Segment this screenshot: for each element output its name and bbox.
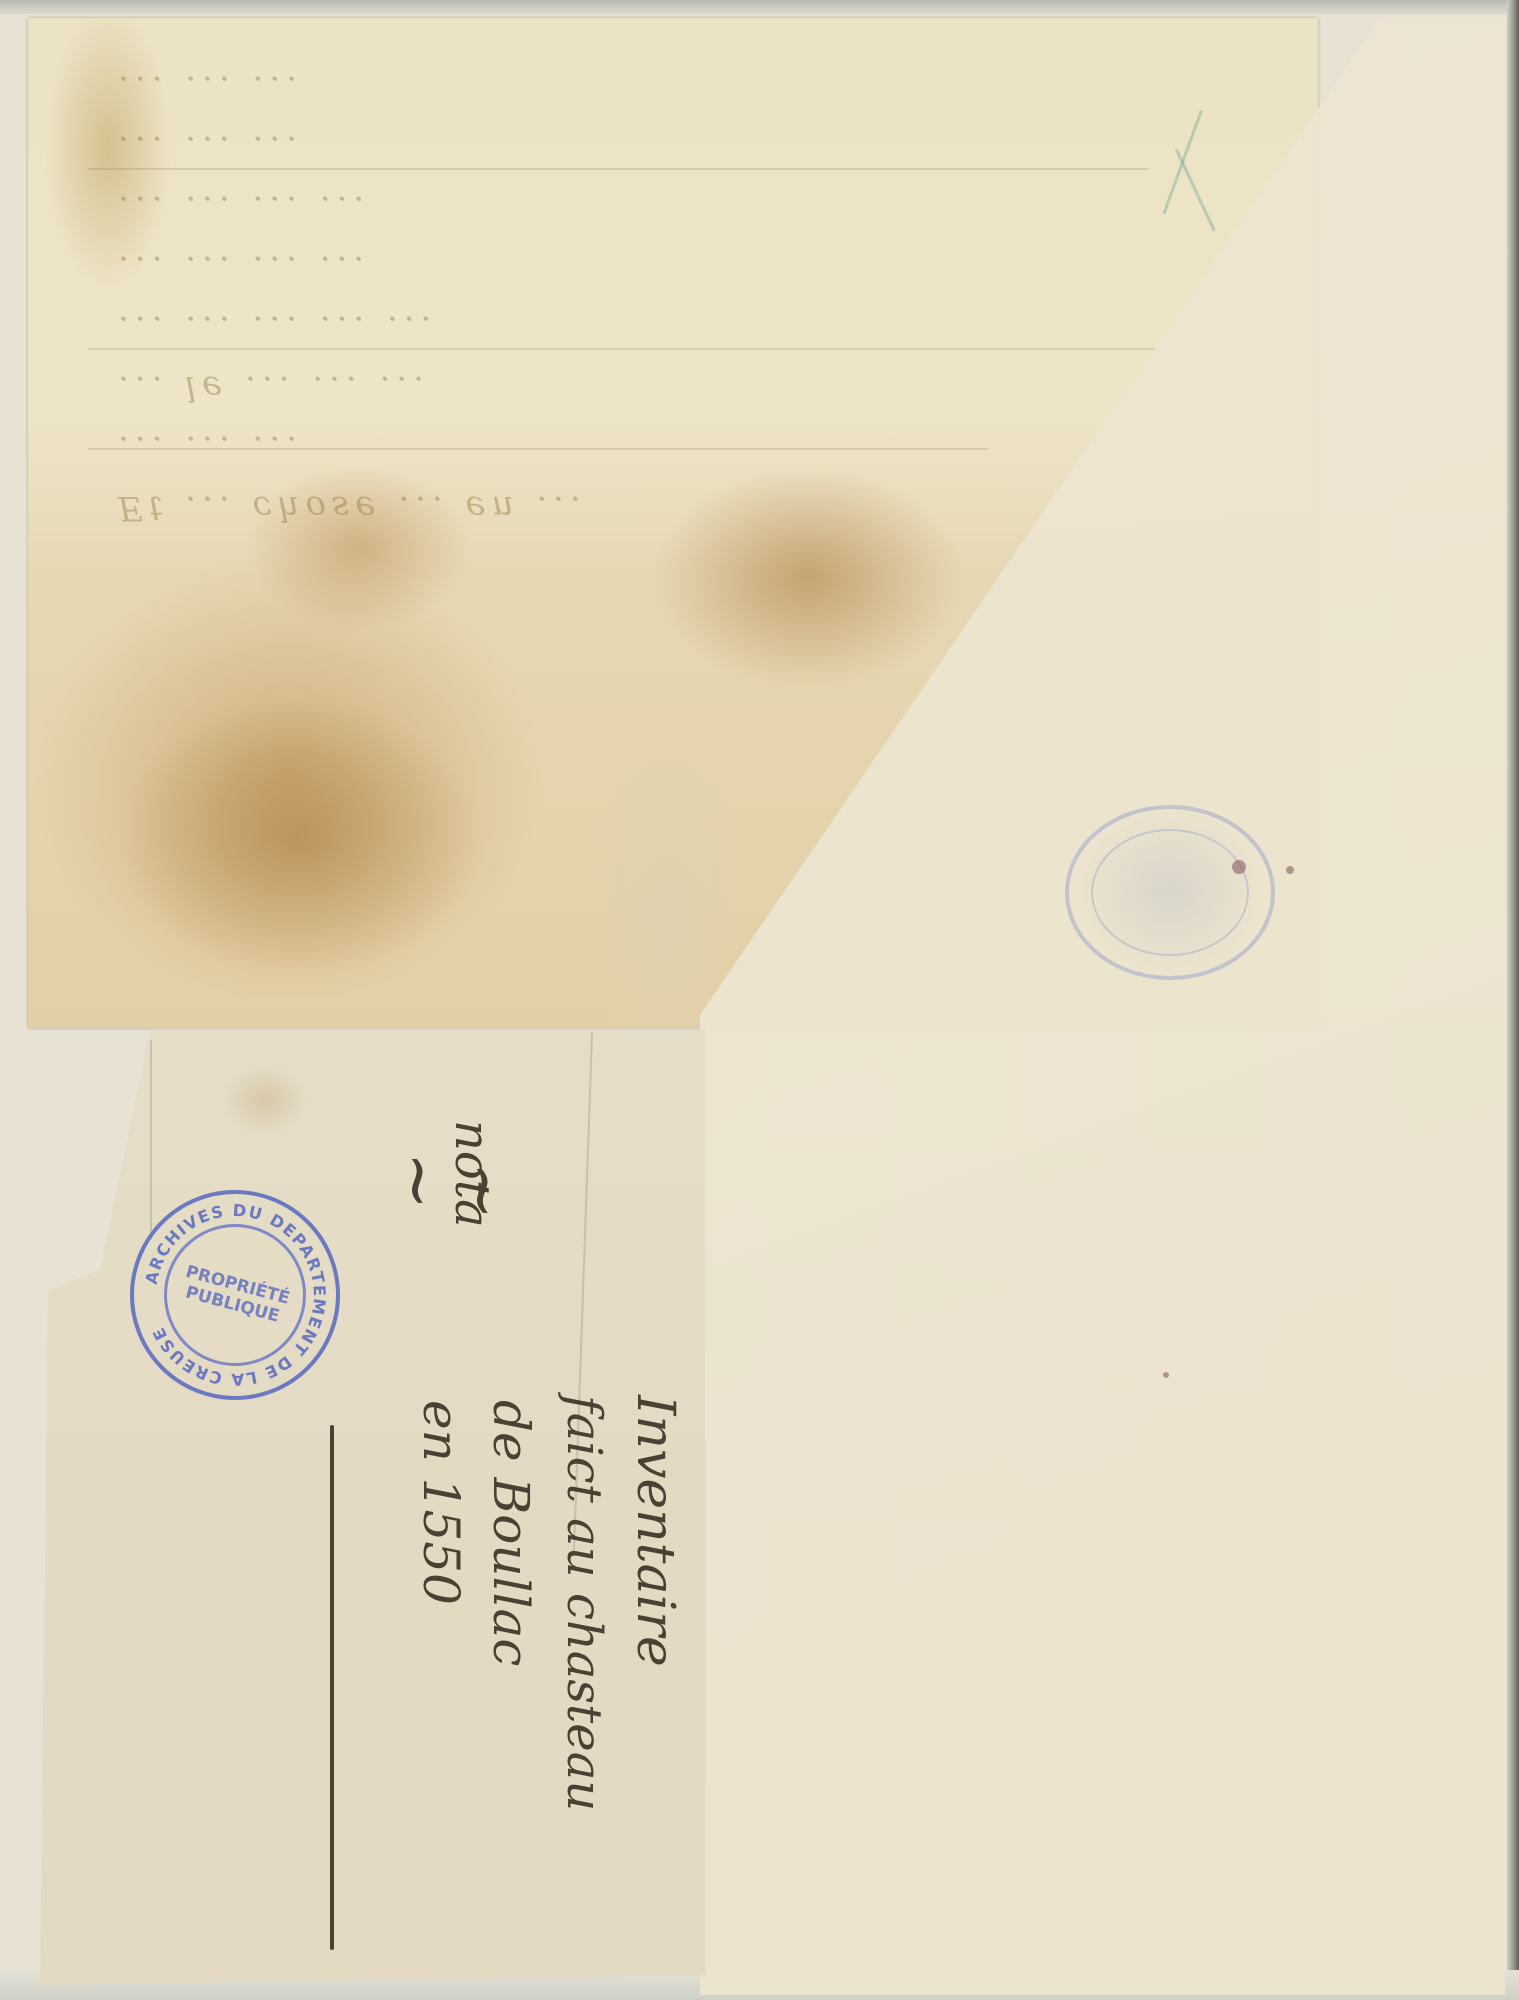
- inscription-line: Inventaire: [625, 1395, 685, 1667]
- faded-handwriting: Et ... chose ... en ... ... ... ... ... …: [118, 58, 1118, 538]
- archives-stamp: ARCHIVES DU DEPARTEMENT DE LA CREUSE PRO…: [130, 1190, 340, 1400]
- faded-stamp: [1065, 805, 1275, 980]
- inscription-line: en 1550: [412, 1400, 470, 1605]
- ink-spot: [1163, 1372, 1169, 1378]
- scanner-edge-top: [0, 0, 1519, 14]
- faded-stamp-inner-ring: [1091, 829, 1249, 956]
- inscription-line: de Boullac: [482, 1400, 540, 1666]
- underline-rule: [330, 1425, 334, 1950]
- inscription-line: faict au chasteau: [556, 1395, 612, 1811]
- ink-spot: [1232, 860, 1246, 874]
- ink-spot: [1286, 866, 1294, 874]
- scanner-edge-right: [1507, 0, 1519, 2000]
- note-word: nota: [444, 1120, 500, 1228]
